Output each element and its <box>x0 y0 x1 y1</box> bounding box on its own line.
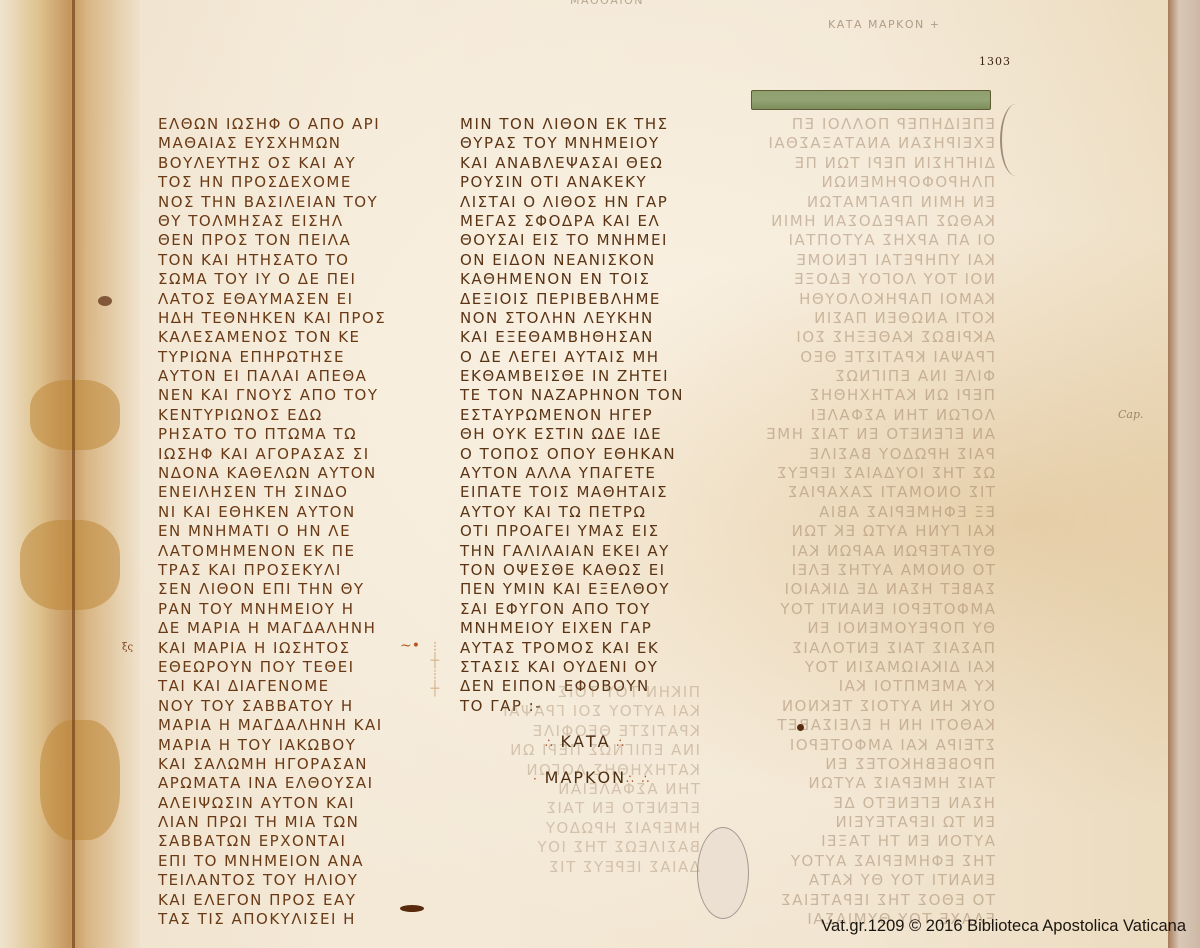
manuscript-line: ΠΕΝ ΥΜΙΝ ΚΑΙ ΕΞΕΛΘΟΥ <box>460 580 684 599</box>
subscription-line-2: · ΜΑΡΚΟΝ∴ ∴ <box>533 768 651 787</box>
manuscript-line: ΕΝ ΜΝΗΜΑΤΙ Ο ΗΝ ΛΕ <box>158 522 386 541</box>
manuscript-line: ΕΠΕΙΔΗΠΕΡ ΠΟΛΛΟΙ ΕΠ <box>765 115 995 134</box>
manuscript-line: ΑΥΤΑΣ ΤΡΟΜΟΣ ΚΑΙ ΕΚ <box>460 639 684 658</box>
manuscript-line: ΟΝ ΕΙΔΟΝ ΝΕΑΝΙΣΚΟΝ <box>460 251 684 270</box>
manuscript-line: ΝΔΟΝΑ ΚΑΘΕΛΩΝ ΑΥΤΟΝ <box>158 464 386 483</box>
manuscript-line: ΣΤΑΣΙΣ ΚΑΙ ΟΥΔΕΝΙ ΟΥ <box>460 658 684 677</box>
manuscript-line: ΙΩΣΗΦ ΚΑΙ ΑΓΟΡΑΣΑΣ ΣΙ <box>158 445 386 464</box>
manuscript-line: ΕΣΤΑΥΡΩΜΕΝΟΝ ΗΓΕΡ <box>460 406 684 425</box>
manuscript-line: ΩΣ ΤΗΣ ΙΟΥΔΑΙΑΣ ΙΕΡΕΥΣ <box>765 464 995 483</box>
folio-number: 1303 <box>979 55 1011 68</box>
water-stain <box>40 720 120 840</box>
manuscript-line: ΘΥΡΑΣ ΤΟΥ ΜΝΗΜΕΙΟΥ <box>460 134 684 153</box>
manuscript-line: ΚΑΙ ΕΞΕΘΑΜΒΗΘΗΣΑΝ <box>460 328 684 347</box>
manuscript-line: ΕΛΘΩΝ ΙΩΣΗΦ Ο ΑΠΟ ΑΡΙ <box>158 115 386 134</box>
manuscript-line: ΣΑΒΕΤ ΗΣΑΝ ΔΕ ΔΙΚΑΙΟΙ <box>765 580 995 599</box>
manuscript-line: ΡΑΙΣ ΗΡΩΔΟΥ ΒΑΣΙΛΕ <box>765 445 995 464</box>
water-stain <box>30 380 120 450</box>
manuscript-line: ΕΠΙ ΤΟ ΜΝΗΜΕΙΟΝ ΑΝΑ <box>158 852 386 871</box>
manuscript-line: ΝΙ ΚΑΙ ΕΘΗΚΕΝ ΑΥΤΟΝ <box>158 503 386 522</box>
ink-blot <box>98 296 112 306</box>
manuscript-line: ΤΟ ΕΘΟΣ ΤΗΣ ΙΕΡΑΤΕΙΑΣ <box>765 891 995 910</box>
manuscript-line: ΠΕΡΙ ΩΝ ΚΑΤΗΧΗΘΗΣ <box>765 386 995 405</box>
manuscript-line: ΚΑΘΗΜΕΝΟΝ ΕΝ ΤΟΙΣ <box>460 270 684 289</box>
manuscript-line: ΤΙΣ ΟΝΟΜΑΤΙ ΖΑΧΑΡΙΑΣ <box>765 483 995 502</box>
manuscript-line: ΝΟΣ ΤΗΝ ΒΑΣΙΛΕΙΑΝ ΤΟΥ <box>158 193 386 212</box>
manuscript-line: ΑΥΤΟΝ ΕΙ ΠΑΛΑΙ ΑΠΕΘΑ <box>158 367 386 386</box>
subscription-line-1: ∴ ΚΑΤΑ ∴ <box>545 732 626 751</box>
manuscript-line: ΘΕΝ ΠΡΟΣ ΤΟΝ ΠΕΙΛΑ <box>158 231 386 250</box>
manuscript-line: ΕΞ ΕΦΗΜΕΡΙΑΣ ΑΒΙΑ <box>765 503 995 522</box>
manuscript-line: ΜΑΘΑΙΑΣ ΕΥΣΧΗΜΩΝ <box>158 134 386 153</box>
manuscript-line: ΜΝΗΜΕΙΟΥ ΕΙΧΕΝ ΓΑΡ <box>460 619 684 638</box>
manuscript-line: ΝΟΥ ΤΟΥ ΣΑΒΒΑΤΟΥ Η <box>158 697 386 716</box>
manuscript-line: ΚΑΙ ΜΑΡΙΑ Η ΙΩΣΗΤΟΣ <box>158 639 386 658</box>
manuscript-line: ΑΝ ΕΓΕΝΕΤΟ ΕΝ ΤΑΙΣ ΗΜΕ <box>765 425 995 444</box>
manuscript-line: ΦΙΛΕ ΙΝΑ ΕΠΙΓΝΩΣ <box>765 367 995 386</box>
manuscript-line: ΒΟΥΛΕΥΤΗΣ ΟΣ ΚΑΙ ΑΥ <box>158 154 386 173</box>
manuscript-line: ΚΕΝΤΥΡΙΩΝΟΣ ΕΔΩ <box>158 406 386 425</box>
manuscript-line: ΡΑΝ ΤΟΥ ΜΝΗΜΕΙΟΥ Η <box>158 600 386 619</box>
manuscript-line: ΟΥΚ ΗΝ ΑΥΤΟΙΣ ΤΕΚΝΟΝ <box>765 697 995 716</box>
manuscript-line: ΕΧΕΙΡΗΣΑΝ ΑΝΑΤΑΞΑΣΘΑΙ <box>765 134 995 153</box>
manuscript-line: ΚΑΜΟΙ ΠΑΡΗΚΟΛΟΥΘΗ <box>765 290 995 309</box>
text-column-middle: ΜΙΝ ΤΟΝ ΛΙΘΟΝ ΕΚ ΤΗΣΘΥΡΑΣ ΤΟΥ ΜΝΗΜΕΙΟΥΚΑ… <box>460 115 684 716</box>
manuscript-line: ΚΟΤΙ ΑΝΩΘΕΝ ΠΑΣΙΝ <box>765 309 995 328</box>
green-headband-bleed <box>751 90 991 110</box>
coronis-ornament-icon: ⁝┼⁝┼ <box>425 640 445 696</box>
manuscript-line: ΟΙ ΑΠ ΑΡΧΗΣ ΑΥΤΟΠΤΑΙ <box>765 231 995 250</box>
manuscript-line: ΠΙΚΗΝ ΤΟΥ ΤΟΙΣ <box>502 683 700 702</box>
manuscript-line: ΕΓΕΝΕΤΟ ΕΝ ΤΑΙΣ <box>502 799 700 818</box>
manuscript-line: Ο ΔΕ ΛΕΓΕΙ ΑΥΤΑΙΣ ΜΗ <box>460 348 684 367</box>
manuscript-line: ΔΑΙΑΣ ΙΕΡΕΥΣ ΤΙΣ <box>502 858 700 877</box>
manuscript-line: ΣΑΙ ΕΦΥΓΟΝ ΑΠΟ ΤΟΥ <box>460 600 684 619</box>
manuscript-line: ΛΙΣΤΑΙ Ο ΛΙΘΟΣ ΗΝ ΓΑΡ <box>460 193 684 212</box>
manuscript-line: ΠΛΗΡΟΦΟΡΗΜΕΝΩΝ <box>765 173 995 192</box>
manuscript-line: ΜΑΡΙΑ Η ΜΑΓΔΑΛΗΝΗ ΚΑΙ <box>158 716 386 735</box>
manuscript-line: ΚΥ ΑΜΕΜΠΤΟΙ ΚΑΙ <box>765 677 995 696</box>
manuscript-line: ΚΑΙ ΑΥΤΟΥ ΣΟΙ ΓΡΑΨΑΙ <box>502 702 700 721</box>
manuscript-line: ΑΛΕΙΨΩΣΙΝ ΑΥΤΟΝ ΚΑΙ <box>158 794 386 813</box>
manuscript-line: ΚΑΙ ΑΝΑΒΛΕΨΑΣΑΙ ΘΕΩ <box>460 154 684 173</box>
top-bleed-text: ΜΑΘΘΑΙΟΝ <box>570 0 644 7</box>
manuscript-line: ΣΑΒΒΑΤΩΝ ΕΡΧΟΝΤΑΙ <box>158 832 386 851</box>
manuscript-line: ΝΟΝ ΣΤΟΛΗΝ ΛΕΥΚΗΝ <box>460 309 684 328</box>
manuscript-page: ΜΑΘΘΑΙΟΝ ΚΑΤΑ ΜΑΡΚΟΝ + 1303 ξς Cap. ΕΛΘΩ… <box>0 0 1200 948</box>
margin-note: Cap. <box>1118 408 1144 421</box>
binding-fold-line <box>72 0 75 948</box>
manuscript-line: ΛΙΑΝ ΠΡΩΙ ΤΗ ΜΙΑ ΤΩΝ <box>158 813 386 832</box>
manuscript-line: ΘΥΓΑΤΕΡΩΝ ΑΑΡΩΝ ΚΑΙ <box>765 542 995 561</box>
manuscript-line: ΚΑΙ ΣΑΛΩΜΗ ΗΓΟΡΑΣΑΝ <box>158 755 386 774</box>
manuscript-line: ΔΙΗΓΗΣΙΝ ΠΕΡΙ ΤΩΝ ΠΕ <box>765 154 995 173</box>
manuscript-line: ΤΑΙ ΚΑΙ ΔΙΑΓΕΝΟΜΕ <box>158 677 386 696</box>
manuscript-line: ΒΑΣΙΛΕΩΣ ΤΗΣ ΙΟΥ <box>502 838 700 857</box>
manuscript-line: ΗΣΑΝ ΕΓΕΝΕΤΟ ΔΕ <box>765 794 995 813</box>
manuscript-line: ΟΤΙ ΠΡΟΑΓΕΙ ΥΜΑΣ ΕΙΣ <box>460 522 684 541</box>
manuscript-line: ΓΡΑΨΑΙ ΚΡΑΤΙΣΤΕ ΘΕΟ <box>765 348 995 367</box>
manuscript-line: ΕΚΘΑΜΒΕΙΣΘΕ ΙΝ ΖΗΤΕΙ <box>460 367 684 386</box>
text-column-left: ΕΛΘΩΝ ΙΩΣΗΦ Ο ΑΠΟ ΑΡΙΜΑΘΑΙΑΣ ΕΥΣΧΗΜΩΝΒΟΥ… <box>158 115 386 929</box>
manuscript-line: ΘΥ ΠΟΡΕΥΟΜΕΝΟΙ ΕΝ <box>765 619 995 638</box>
manuscript-line: ΤΑΙΣ ΗΜΕΡΑΙΣ ΑΥΤΩΝ <box>765 774 995 793</box>
manuscript-line: ΣΩΜΑ ΤΟΥ ΙΥ Ο ΔΕ ΠΕΙ <box>158 270 386 289</box>
manuscript-line: ΤΕ ΤΟΝ ΝΑΖΑΡΗΝΟΝ ΤΟΝ <box>460 386 684 405</box>
manuscript-line: ΘΥ ΤΟΛΜΗΣΑΣ ΕΙΣΗΛ <box>158 212 386 231</box>
manuscript-line: ΚΑΙ ΓΥΝΗ ΑΥΤΩ ΕΚ ΤΩΝ <box>765 522 995 541</box>
manuscript-line: ΘΟΥΣΑΙ ΕΙΣ ΤΟ ΜΝΗΜΕΙ <box>460 231 684 250</box>
subscription-kata: ΚΑΤΑ <box>560 732 610 751</box>
manuscript-line: ΤΗΝ ΓΑΛΙΛΑΙΑΝ ΕΚΕΙ ΑΥ <box>460 542 684 561</box>
manuscript-line: ΤΥΡΙΩΝΑ ΕΠΗΡΩΤΗΣΕ <box>158 348 386 367</box>
manuscript-line: ΠΡΟΒΕΒΗΚΟΤΕΣ ΕΝ <box>765 755 995 774</box>
manuscript-line: ΛΟΓΩΝ ΤΗΝ ΑΣΦΑΛΕΙ <box>765 406 995 425</box>
manuscript-line: ΤΟΝ ΟΨΕΣΘΕ ΚΑΘΩΣ ΕΙ <box>460 561 684 580</box>
manuscript-line: ΤΟΣ ΗΝ ΠΡΟΣΔΕΧΟΜΕ <box>158 173 386 192</box>
manuscript-line: ΔΕΞΙΟΙΣ ΠΕΡΙΒΕΒΛΗΜΕ <box>460 290 684 309</box>
page-edge <box>1168 0 1200 948</box>
manuscript-line: ΝΕΝ ΚΑΙ ΓΝΟΥΣ ΑΠΟ ΤΟΥ <box>158 386 386 405</box>
margin-sigla: ξς <box>122 642 133 653</box>
rubric-dots-icon: ∴ <box>545 736 560 750</box>
manuscript-line: ΕΝΑΝΤΙ ΤΟΥ ΘΥ ΚΑΤΑ <box>765 871 995 890</box>
manuscript-line: ΕΝΕΙΛΗΣΕΝ ΤΗ ΣΙΝΔΟ <box>158 483 386 502</box>
manuscript-line: Ο ΤΟΠΟΣ ΟΠΟΥ ΕΘΗΚΑΝ <box>460 445 684 464</box>
subscription-markon: ΜΑΡΚΟΝ <box>545 768 626 787</box>
manuscript-line: ΑΥΤΟΝ ΕΝ ΤΗ ΤΑΞΕΙ <box>765 832 995 851</box>
library-stamp <box>697 827 749 919</box>
manuscript-line: ΑΡΩΜΑΤΑ ΙΝΑ ΕΛΘΟΥΣΑΙ <box>158 774 386 793</box>
manuscript-line: ΑΥΤΟΝ ΑΛΛΑ ΥΠΑΓΕΤΕ <box>460 464 684 483</box>
manuscript-line: ΕΘΕΩΡΟΥΝ ΠΟΥ ΤΕΘΕΙ <box>158 658 386 677</box>
water-stain <box>20 520 120 610</box>
manuscript-line: ΚΑΙ ΥΠΗΡΕΤΑΙ ΓΕΝΟΜΕ <box>765 251 995 270</box>
manuscript-line: ΑΥΤΟΥ ΚΑΙ ΤΩ ΠΕΤΡΩ <box>460 503 684 522</box>
manuscript-line: ΚΑΙ ΔΙΚΑΙΩΜΑΣΙΝ ΤΟΥ <box>765 658 995 677</box>
manuscript-line: ΗΜΕΡΑΙΣ ΗΡΩΔΟΥ <box>502 819 700 838</box>
manuscript-line: ΤΕΙΛΑΝΤΟΣ ΤΟΥ ΗΛΙΟΥ <box>158 871 386 890</box>
ink-blot <box>797 724 804 731</box>
manuscript-line: ΤΑΣ ΤΙΣ ΑΠΟΚΥΛΙΣΕΙ Η <box>158 910 386 929</box>
copyright-credit: Vat.gr.1209 © 2016 Biblioteca Apostolica… <box>821 917 1186 936</box>
manuscript-line: ΚΑΘΩΣ ΠΑΡΕΔΟΣΑΝ ΗΜΙΝ <box>765 212 995 231</box>
manuscript-line: ΕΙΠΑΤΕ ΤΟΙΣ ΜΑΘΗΤΑΙΣ <box>460 483 684 502</box>
manuscript-line: ΛΑΤΟΣ ΕΘΑΥΜΑΣΕΝ ΕΙ <box>158 290 386 309</box>
rubric-flourish-icon: ~• <box>400 638 420 654</box>
manuscript-line: ΑΜΦΟΤΕΡΟΙ ΕΝΑΝΤΙ ΤΟΥ <box>765 600 995 619</box>
ink-blot <box>400 905 424 912</box>
manuscript-line: ΤΡΑΣ ΚΑΙ ΠΡΟΣΕΚΥΛΙ <box>158 561 386 580</box>
manuscript-line: ΕΝ ΗΜΙΝ ΠΡΑΓΜΑΤΩΝ <box>765 193 995 212</box>
rubric-dots-icon: ∴ <box>611 736 626 750</box>
manuscript-line: ΜΑΡΙΑ Η ΤΟΥ ΙΑΚΩΒΟΥ <box>158 736 386 755</box>
manuscript-line: ΚΑΛΕΣΑΜΕΝΟΣ ΤΟΝ ΚΕ <box>158 328 386 347</box>
rubric-dots-icon: · <box>533 772 545 786</box>
manuscript-line: ΕΝ ΤΩ ΙΕΡΑΤΕΥΕΙΝ <box>765 813 995 832</box>
manuscript-line: ΣΤΕΙΡΑ ΚΑΙ ΑΜΦΟΤΕΡΟΙ <box>765 736 995 755</box>
manuscript-line: ΜΕΓΑΣ ΣΦΟΔΡΑ ΚΑΙ ΕΛ <box>460 212 684 231</box>
manuscript-line: ΤΟ ΟΝΟΜΑ ΑΥΤΗΣ ΕΛΕΙ <box>765 561 995 580</box>
bleed-through-column-right: ΕΠΕΙΔΗΠΕΡ ΠΟΛΛΟΙ ΕΠΕΧΕΙΡΗΣΑΝ ΑΝΑΤΑΞΑΣΘΑΙ… <box>765 115 995 929</box>
manuscript-line: ΠΑΣΑΙΣ ΤΑΙΣ ΕΝΤΟΛΑΙΣ <box>765 639 995 658</box>
manuscript-line: ΡΟΥΣΙΝ ΟΤΙ ΑΝΑΚΕΚΥ <box>460 173 684 192</box>
manuscript-line: ΜΙΝ ΤΟΝ ΛΙΘΟΝ ΕΚ ΤΗΣ <box>460 115 684 134</box>
manuscript-line: ΣΕΝ ΛΙΘΟΝ ΕΠΙ ΤΗΝ ΘΥ <box>158 580 386 599</box>
manuscript-line: ΑΚΡΙΒΩΣ ΚΑΘΕΞΗΣ ΣΟΙ <box>765 328 995 347</box>
manuscript-line: ΤΗΣ ΕΦΗΜΕΡΙΑΣ ΑΥΤΟΥ <box>765 852 995 871</box>
rubric-dots-icon: ∴ ∴ <box>626 772 651 786</box>
manuscript-line: ΚΑΙ ΕΛΕΓΟΝ ΠΡΟΣ ΕΑΥ <box>158 891 386 910</box>
manuscript-line: ΡΗΣΑΤΟ ΤΟ ΠΤΩΜΑ ΤΩ <box>158 425 386 444</box>
manuscript-line: ΝΟΙ ΤΟΥ ΛΟΓΟΥ ΕΔΟΞΕ <box>765 270 995 289</box>
manuscript-line: ΛΑΤΟΜΗΜΕΝΟΝ ΕΚ ΠΕ <box>158 542 386 561</box>
running-title-bleed: ΚΑΤΑ ΜΑΡΚΟΝ + <box>828 18 940 31</box>
manuscript-line: ΔΕ ΜΑΡΙΑ Η ΜΑΓΔΑΛΗΝΗ <box>158 619 386 638</box>
marginal-ornament-icon <box>1000 104 1032 176</box>
manuscript-line: ΤΟΝ ΚΑΙ ΗΤΗΣΑΤΟ ΤΟ <box>158 251 386 270</box>
manuscript-line: ΗΔΗ ΤΕΘΝΗΚΕΝ ΚΑΙ ΠΡΟΣ <box>158 309 386 328</box>
manuscript-line: ΘΗ ΟΥΚ ΕΣΤΙΝ ΩΔΕ ΙΔΕ <box>460 425 684 444</box>
